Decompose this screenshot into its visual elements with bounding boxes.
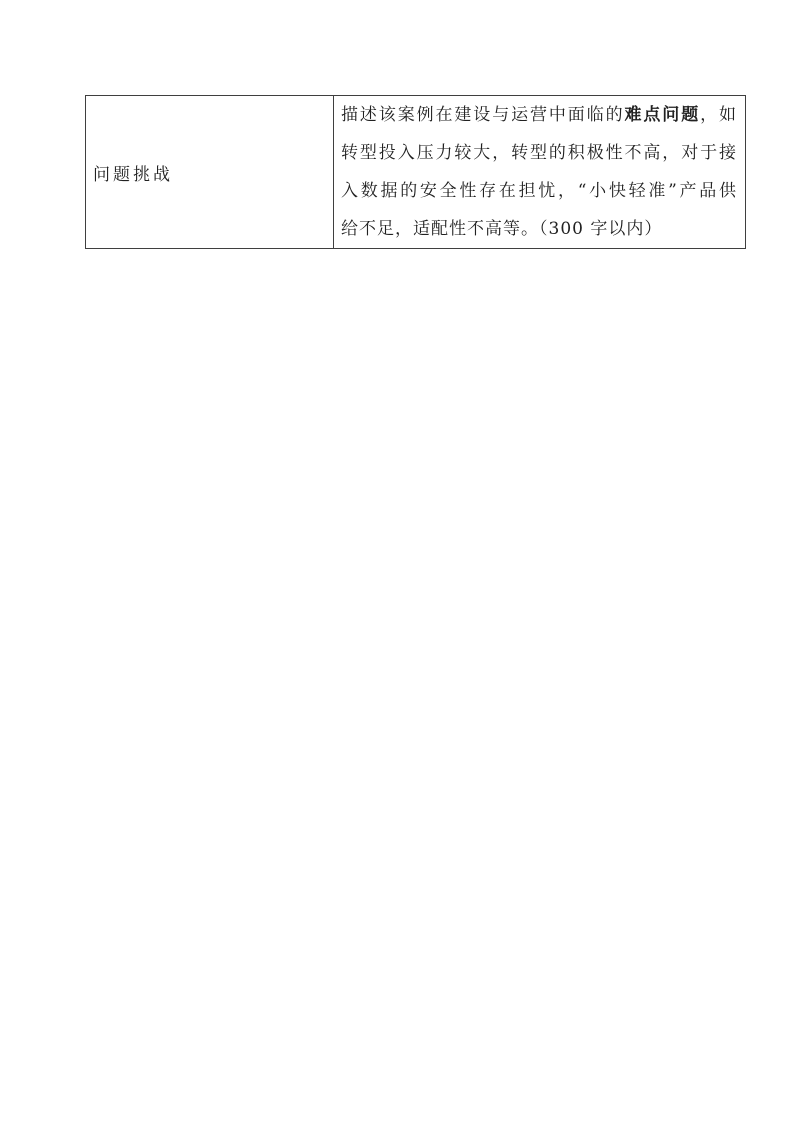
text-segment: 转型投入压力较大，转型的积极性不高，对于接 xyxy=(341,143,737,163)
row-label-cell: 问题挑战 xyxy=(86,96,334,249)
text-segment: 描述该案例在建设与运营中面临的 xyxy=(341,105,625,125)
content-line: 描述该案例在建设与运营中面临的难点问题，如 xyxy=(341,96,737,134)
content-line: 入数据的安全性存在担忧，“小快轻准”产品供 xyxy=(341,172,737,210)
table-row: 问题挑战 描述该案例在建设与运营中面临的难点问题，如 转型投入压力较大，转型的积… xyxy=(86,96,746,249)
content-line: 给不足，适配性不高等。（300 字以内） xyxy=(341,210,737,248)
row-content-cell: 描述该案例在建设与运营中面临的难点问题，如 转型投入压力较大，转型的积极性不高，… xyxy=(334,96,746,249)
text-segment: 入数据的安全性存在担忧，“小快轻准”产品供 xyxy=(341,181,737,201)
bold-text-segment: 难点问题 xyxy=(625,105,701,125)
text-segment: ，如 xyxy=(700,105,737,125)
challenge-table: 问题挑战 描述该案例在建设与运营中面临的难点问题，如 转型投入压力较大，转型的积… xyxy=(85,95,746,249)
row-label: 问题挑战 xyxy=(93,165,173,185)
document-page: 问题挑战 描述该案例在建设与运营中面临的难点问题，如 转型投入压力较大，转型的积… xyxy=(0,0,800,1131)
content-line: 转型投入压力较大，转型的积极性不高，对于接 xyxy=(341,134,737,172)
text-segment: 给不足，适配性不高等。（300 字以内） xyxy=(341,219,662,239)
